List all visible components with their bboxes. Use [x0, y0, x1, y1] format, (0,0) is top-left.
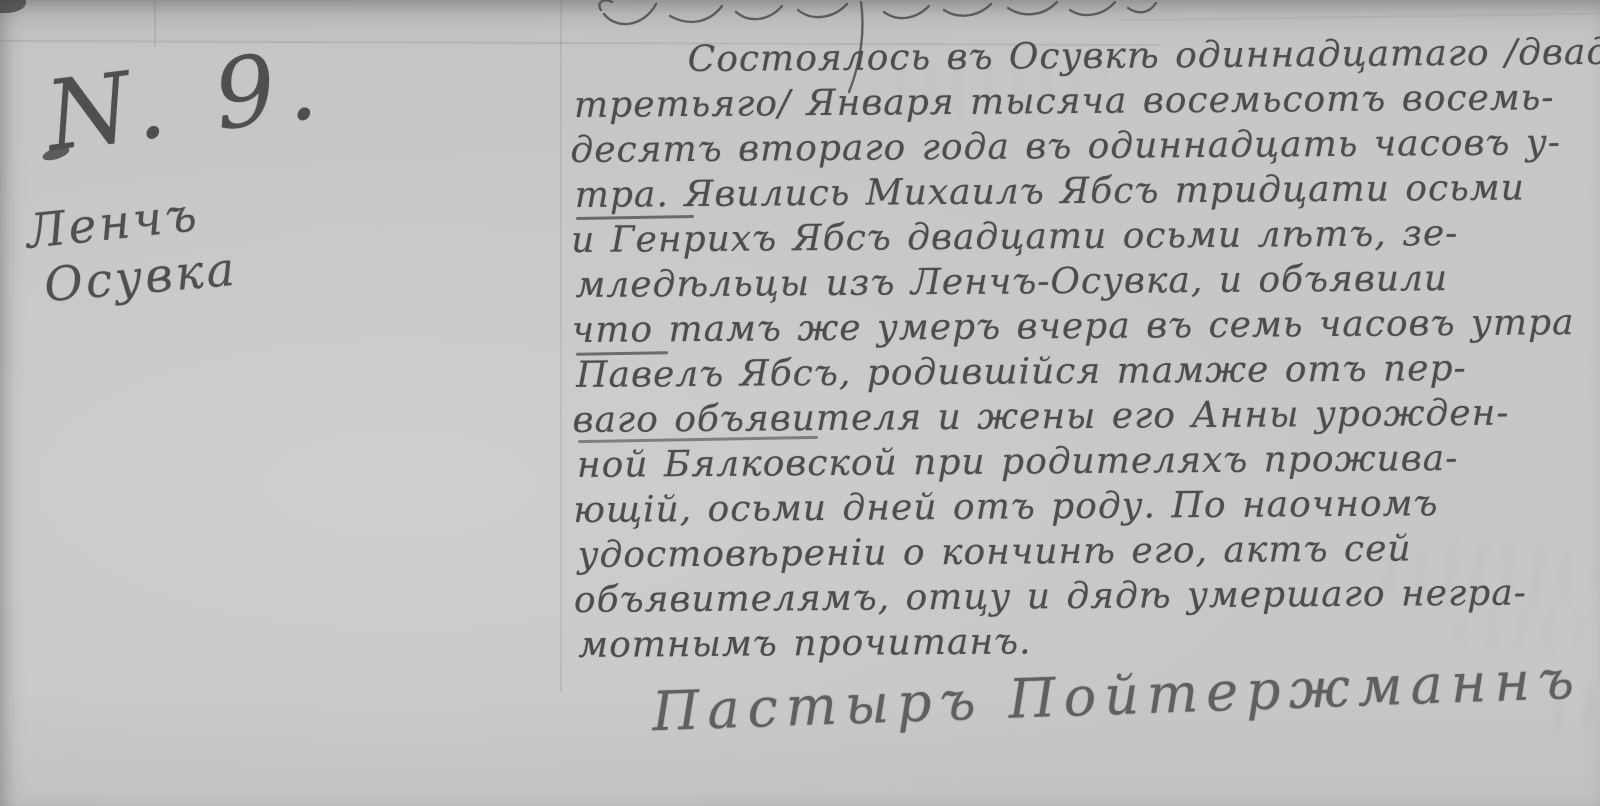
paper-crease — [1120, 13, 1600, 22]
manuscript-line: третьяго/ Января тысяча восемьсотъ восем… — [574, 75, 1584, 128]
manuscript-line: что тамъ же умеръ вчера въ семь часовъ у… — [572, 300, 1582, 353]
faint-rule-line — [154, 0, 156, 46]
scanned-document-page: N. 9. Ленчъ Осувка Состоялось въ Осувкѣ … — [0, 0, 1600, 806]
manuscript-line: мледѣльцы изъ Ленчъ-Осувка, и объявили — [575, 255, 1585, 308]
manuscript-line: удостовѣреніи о кончинѣ его, актъ сей — [577, 525, 1587, 578]
entry-number: N. 9. — [40, 27, 332, 172]
margin-rule-line — [560, 0, 562, 692]
manuscript-line: объявителямъ, отцу и дядѣ умершаго негра… — [574, 570, 1584, 623]
manuscript-line: десятъ втораго года въ одиннадцать часов… — [570, 120, 1580, 173]
paper-speck — [0, 0, 26, 13]
manuscript-line: ваго объявителя и жены его Анны урожден- — [572, 390, 1582, 443]
act-text-block: Состоялось въ Осувкѣ одиннадцатаго /двад… — [570, 30, 1585, 668]
manuscript-line: ной Бялковской при родителяхъ прожива- — [577, 435, 1587, 488]
manuscript-line: ющій, осьми дней отъ роду. По наочномъ — [573, 480, 1583, 533]
manuscript-line: Состоялось въ Осувкѣ одиннадцатаго /двад… — [570, 30, 1580, 83]
manuscript-line: и Генрихъ Ябсъ двадцати осьми лѣтъ, зе- — [571, 210, 1581, 263]
manuscript-line: Павелъ Ябсъ, родившійся тамже отъ пер- — [576, 345, 1586, 398]
manuscript-line: тра. Явились Михаилъ Ябсъ тридцати осьми — [575, 165, 1585, 218]
